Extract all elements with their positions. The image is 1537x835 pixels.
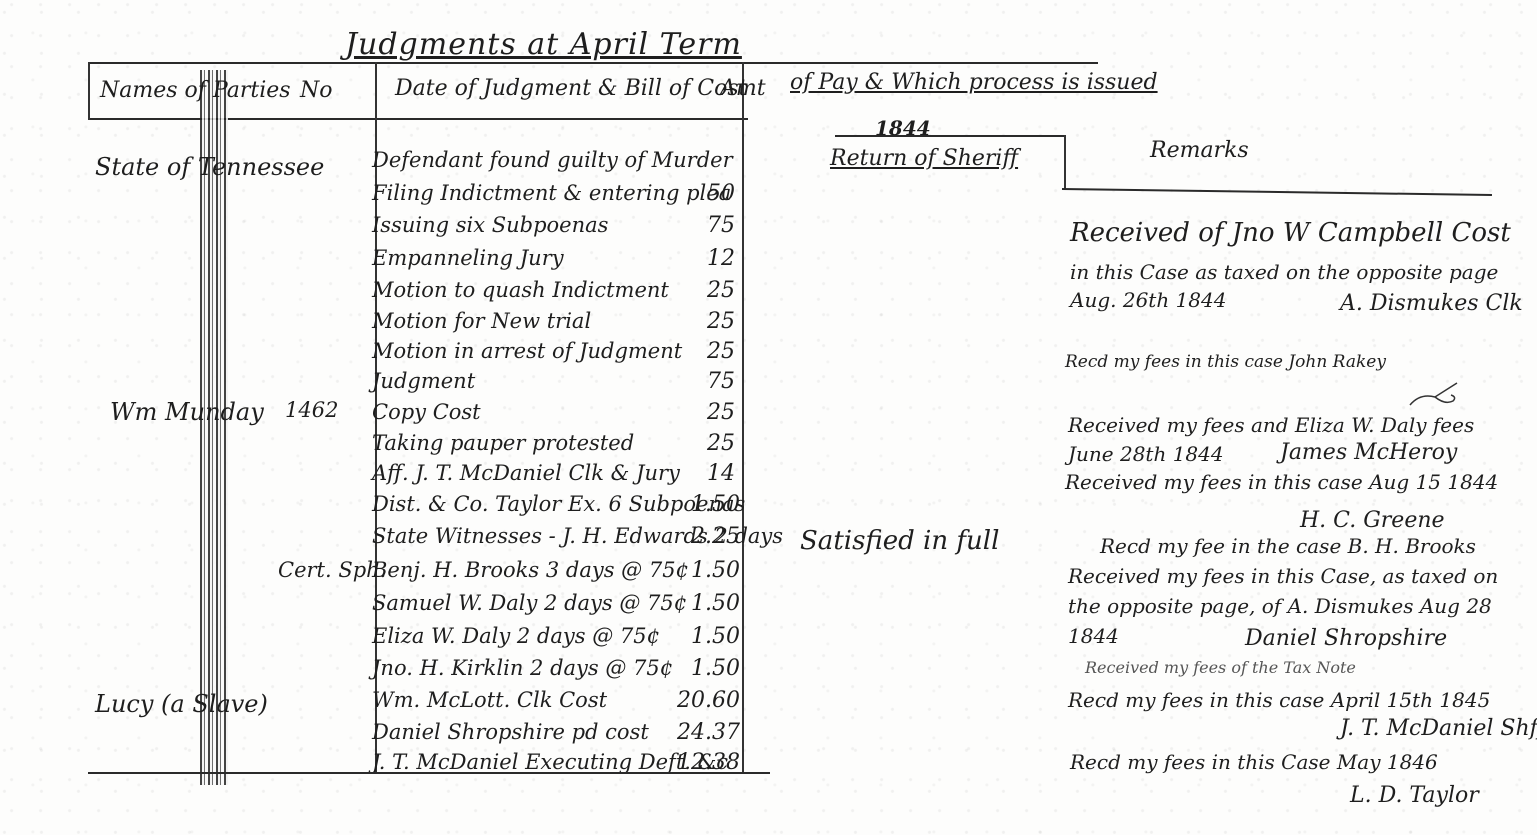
remark-signature: L. D. Taylor	[1350, 785, 1479, 807]
remark-line: Recd my fee in the case B. H. Brooks	[1100, 536, 1476, 556]
sheriff-header-rule	[835, 135, 1065, 137]
header-rule-bottom	[88, 118, 748, 120]
cost-entry-amount: 25	[655, 433, 735, 455]
remark-line: Recd my fees in this Case May 1846	[1070, 752, 1438, 772]
cost-entry-amount: 1.50	[660, 494, 740, 516]
header-rule-top	[88, 62, 1098, 64]
remark-signature: Daniel Shropshire	[1245, 628, 1447, 650]
cost-entry-amount: 20.60	[660, 690, 740, 712]
pointing-hand-icon	[1405, 375, 1465, 415]
cost-entry-text: Taking pauper protested	[372, 433, 634, 454]
page-title: Judgments at April Term	[345, 30, 742, 60]
remark-line: Recd my fees in this case John Rakey	[1065, 354, 1386, 371]
cost-entry-text: Jno. H. Kirklin 2 days @ 75¢	[372, 658, 673, 679]
header-amount: Amt	[720, 78, 766, 100]
remark-line: Received my fees in this Case, as taxed …	[1068, 566, 1498, 586]
cost-entry-amount: 12.38	[660, 752, 740, 774]
cost-entry-text: Benj. H. Brooks 3 days @ 75¢	[372, 560, 689, 581]
cost-entry-amount: 12	[655, 248, 735, 270]
remark-signature: James McHeroy	[1280, 442, 1457, 464]
cost-entry-amount: 1.50	[660, 626, 740, 648]
remark-signature: H. C. Greene	[1300, 510, 1445, 532]
column-divider-amount	[742, 62, 744, 772]
cost-entry-text: Aff. J. T. McDaniel Clk & Jury	[372, 463, 680, 484]
header-number: No	[300, 80, 333, 102]
remark-line: Recd my fees in this case April 15th 184…	[1068, 690, 1490, 710]
cost-entry-amount: 25	[655, 402, 735, 424]
ledger-bottom-rule	[88, 772, 770, 774]
cost-entry-amount: 1.50	[660, 658, 740, 680]
header-return-of-sheriff: Return of Sheriff	[830, 148, 1018, 170]
cost-entry-text: Empanneling Jury	[372, 248, 564, 269]
cost-entry-text: Wm. McLott. Clk Cost	[372, 690, 607, 711]
remark-line: Received my fees and Eliza W. Daly fees	[1068, 415, 1474, 435]
cost-entry-amount: 50	[655, 183, 735, 205]
side-note: Cert. Sph.	[278, 560, 386, 581]
remarks-header-rule	[1062, 188, 1492, 196]
cost-entry-amount: 2.25	[660, 526, 740, 548]
cost-entry-text: Eliza W. Daly 2 days @ 75¢	[372, 626, 660, 647]
remark-signature: A. Dismukes Clk	[1340, 293, 1523, 315]
header-names-of-parties: Names of Parties	[100, 80, 291, 102]
cost-entry-text: Samuel W. Daly 2 days @ 75¢	[372, 593, 687, 614]
cost-entry-text: Motion to quash Indictment	[372, 280, 669, 301]
header-process-issued: of Pay & Which process is issued	[790, 72, 1158, 94]
party-name: Wm Munday	[110, 400, 264, 424]
cost-entry-amount: 75	[655, 371, 735, 393]
sheriff-right-edge	[1064, 135, 1066, 190]
remark-signature: J. T. McDaniel Shff	[1340, 718, 1537, 740]
cost-entry-text: Motion for New trial	[372, 311, 591, 332]
cost-entry-amount: 25	[655, 341, 735, 363]
header-left-edge	[88, 62, 90, 120]
header-date-of-judgment: Date of Judgment & Bill of Cost	[395, 78, 747, 100]
cost-entry-text: Judgment	[372, 371, 475, 392]
cost-entry-amount: 14	[655, 463, 735, 485]
remark-line: in this Case as taxed on the opposite pa…	[1070, 262, 1498, 282]
case-number: 1462	[285, 400, 338, 421]
cost-entry-amount: 1.50	[660, 560, 740, 582]
remark-line: Received of Jno W Campbell Cost	[1070, 220, 1511, 246]
remark-line: Aug. 26th 1844	[1070, 290, 1226, 310]
cost-entry-text: Issuing six Subpoenas	[372, 215, 608, 236]
remark-line: June 28th 1844	[1068, 444, 1224, 464]
cost-entry-text: Motion in arrest of Judgment	[372, 341, 682, 362]
party-name: State of Tennessee	[95, 155, 324, 179]
remark-line: 1844	[1068, 626, 1119, 646]
cost-entry-text: Copy Cost	[372, 402, 481, 423]
cost-entry-amount: 24.37	[660, 722, 740, 744]
cost-entry-amount: 25	[655, 311, 735, 333]
party-name: Lucy (a Slave)	[95, 692, 268, 716]
cost-entry-amount: 1.50	[660, 593, 740, 615]
header-remarks: Remarks	[1150, 140, 1249, 162]
ledger-page: Judgments at April Term Names of Parties…	[0, 0, 1537, 835]
cost-entry-amount: 75	[655, 215, 735, 237]
cost-entry-text: Daniel Shropshire pd cost	[372, 722, 649, 743]
remark-line: the opposite page, of A. Dismukes Aug 28	[1068, 596, 1492, 616]
remark-line: Received my fees of the Tax Note	[1085, 660, 1356, 676]
cost-entry-amount: 25	[655, 280, 735, 302]
cost-entry-text: Defendant found guilty of Murder	[372, 150, 733, 171]
sheriff-return: Satisfied in full	[800, 528, 999, 554]
remark-line: Received my fees in this case Aug 15 184…	[1065, 472, 1498, 492]
